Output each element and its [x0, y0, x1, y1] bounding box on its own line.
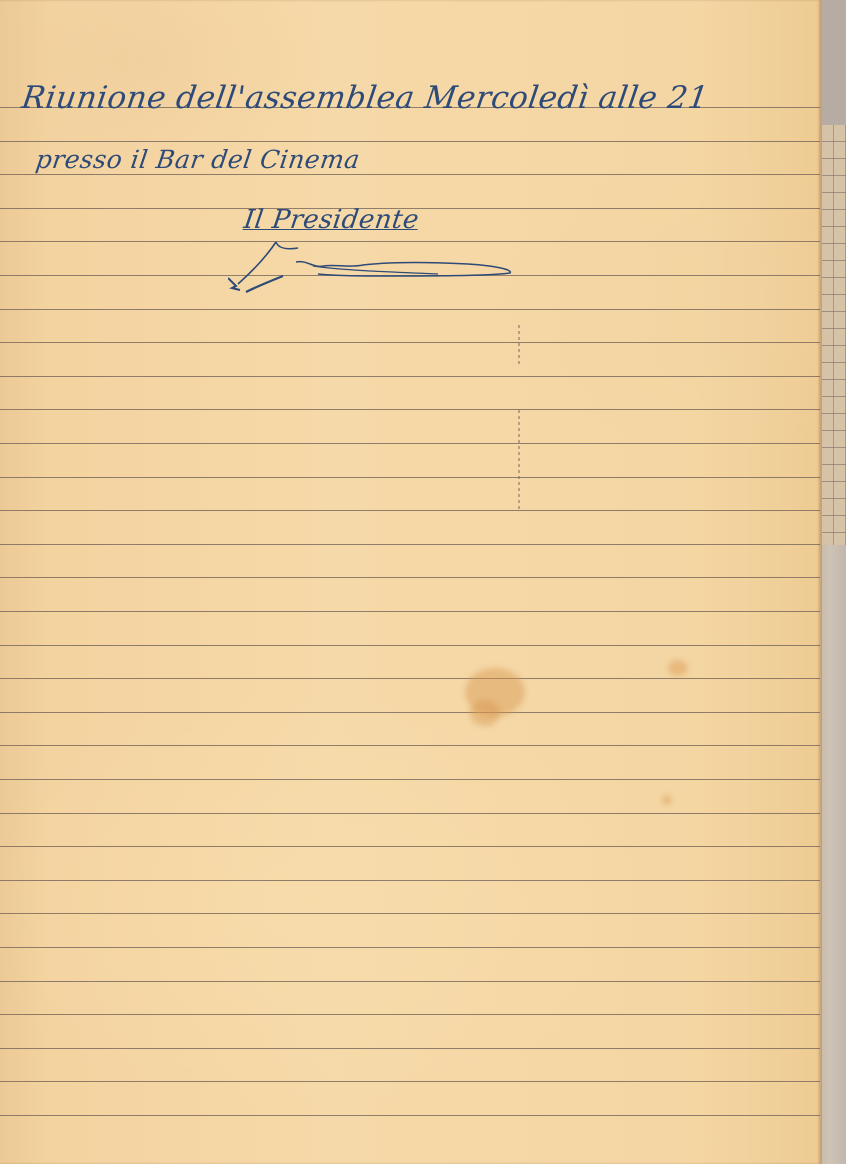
ruled-line [0, 174, 820, 175]
scanned-document: Riunione dell'assemblea Mercoledì alle 2… [0, 0, 846, 1164]
ruled-line [0, 678, 820, 679]
ruled-line [0, 913, 820, 914]
ruled-line [0, 141, 820, 142]
ruled-line [0, 510, 820, 511]
ruled-line [0, 1014, 820, 1015]
crease-mark [518, 325, 520, 365]
underlying-graph-paper [822, 125, 846, 545]
ruled-line [0, 409, 820, 410]
stain [662, 795, 672, 805]
ruled-line [0, 477, 820, 478]
ruled-line [0, 947, 820, 948]
ruled-line [0, 745, 820, 746]
ruled-line [0, 577, 820, 578]
ruled-line [0, 309, 820, 310]
ruled-line [0, 779, 820, 780]
ruled-line [0, 611, 820, 612]
ruled-line [0, 712, 820, 713]
underlying-page-top [820, 0, 846, 126]
note-line-2: presso il Bar del Cinema [34, 145, 362, 174]
crease-mark [518, 410, 520, 510]
ruled-line [0, 880, 820, 881]
signature [228, 240, 518, 300]
ruled-line [0, 544, 820, 545]
ruled-line [0, 1081, 820, 1082]
stain [668, 660, 688, 676]
ruled-line [0, 376, 820, 377]
ruled-line [0, 813, 820, 814]
ruled-line [0, 1115, 820, 1116]
ruled-line [0, 645, 820, 646]
ruled-line [0, 1048, 820, 1049]
stain [470, 700, 500, 726]
ruled-line [0, 443, 820, 444]
ruled-line [0, 846, 820, 847]
note-line-1: Riunione dell'assemblea Mercoledì alle 2… [19, 80, 710, 116]
ruled-line [0, 342, 820, 343]
closing-title: Il Presidente [242, 205, 421, 235]
ruled-paper-sheet: Riunione dell'assemblea Mercoledì alle 2… [0, 0, 822, 1164]
ruled-line [0, 981, 820, 982]
